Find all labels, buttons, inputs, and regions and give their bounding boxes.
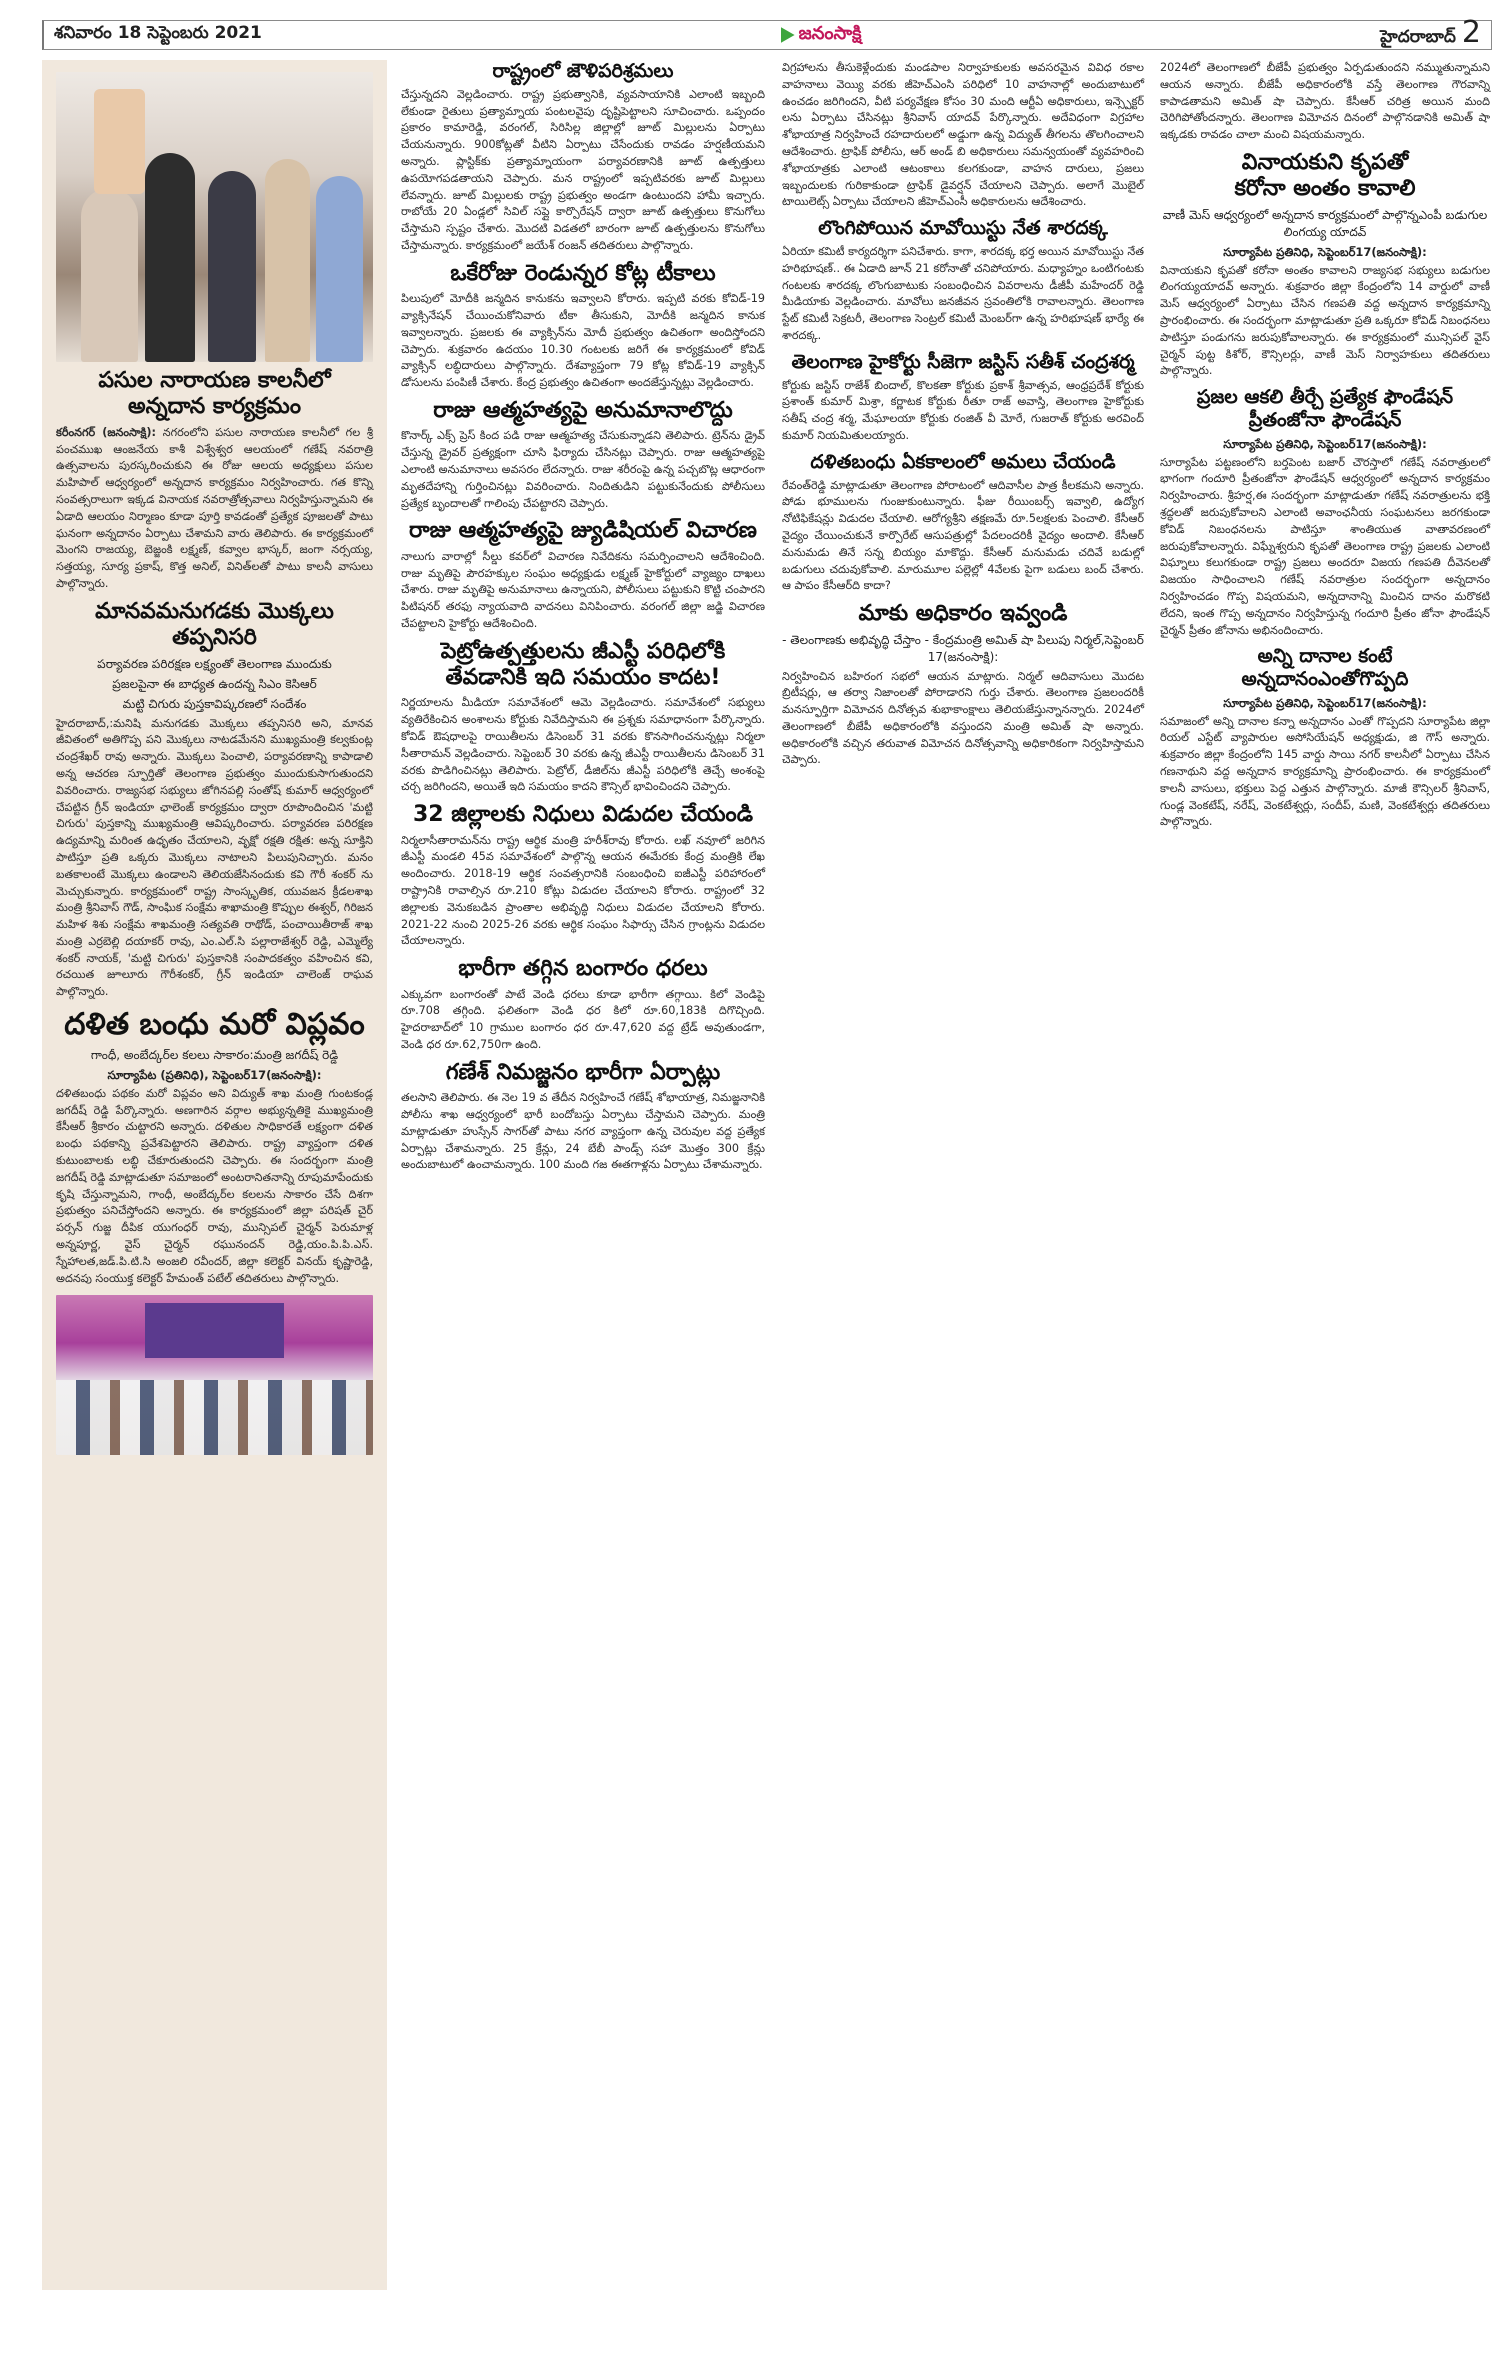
leaf-logo-icon	[781, 27, 795, 43]
ganesh-idol	[94, 89, 145, 193]
photo-figure	[265, 159, 309, 362]
newspaper-logo: జనంసాక్షి	[781, 23, 862, 48]
page-number: 2	[1462, 20, 1481, 46]
headline: లొంగిపోయిన మావోయిస్టు నేత శారదక్క	[782, 217, 1144, 240]
headline: భారీగా తగ్గిన బంగారం ధరలు	[401, 956, 765, 982]
subhead: - తెలంగాణకు అభివృద్ధి చేస్తాం - కేంద్రమం…	[782, 632, 1144, 666]
headline-line-1: ప్రజల ఆకలి తీర్చే ప్రత్యేక ఫౌండేషన్	[1160, 386, 1490, 409]
headline: దళిత బంధు మరో విప్లవం	[56, 1007, 373, 1043]
ganesh-event-photo	[56, 72, 373, 362]
dateline: సూర్యాపేట (ప్రతినిధి), సెప్టెంబర్17(జనంస…	[56, 1067, 373, 1084]
headline-line-2: ప్రీతంజోనా ఫౌండేషన్	[1160, 409, 1490, 432]
edition-city: హైదరాబాద్	[1380, 27, 1456, 51]
byline: హైదరాబాద్,:	[56, 717, 113, 730]
issue-date: శనివారం 18 సెప్టెంబరు 2021	[54, 23, 262, 47]
column-4: 2024లో తెలంగాణలో బీజేపీ ప్రభుత్వం ఏర్పడు…	[1156, 60, 1494, 833]
column-2: రాష్ట్రంలో జౌళిపరిశ్రమలు చేస్తున్నదని వె…	[397, 60, 769, 1176]
article-maoist-sharadakka: లొంగిపోయిన మావోయిస్టు నేత శారదక్క ఏరియా …	[782, 217, 1144, 345]
headline: రాజు ఆత్మహత్యపై అనుమానాలొద్దు	[401, 398, 765, 424]
subhead: పర్యావరణ పరిరక్షణ లక్ష్యంతో తెలంగాణ ముంద…	[56, 656, 373, 673]
column-3: విగ్రహాలను తీసుకెళ్లేందుకు మండపాల నిర్వా…	[778, 60, 1148, 771]
article-body: నాలుగు వారాల్లో సీల్డు కవర్‌లో విచారణ ని…	[401, 549, 765, 633]
dalit-bandhu-meeting-photo	[56, 1295, 373, 1455]
headline: 32 జిల్లాలకు నిధులు విడుదల చేయండి	[401, 802, 765, 828]
headline: గణేశ్ నిమజ్జనం భారీగా ఏర్పాట్లు	[401, 1060, 765, 1086]
article-hc-chief-justice: తెలంగాణ హైకోర్టు సీజెగా జస్టిస్ సతీశ్ చం…	[782, 351, 1144, 445]
headline: మానవమనుగడకు మొక్కలు తప్పనిసరి	[56, 599, 373, 652]
dateline: సూర్యాపేట ప్రతినిధి, సెప్టెంబర్17(జనంసాక…	[1160, 436, 1490, 453]
dateline: సూర్యాపేట ప్రతినిధి, సెప్టెంబర్17(జనంసాక…	[1160, 244, 1490, 261]
headline-line-1: అన్ని దానాల కంటే	[1160, 645, 1490, 668]
article-body: విగ్రహాలను తీసుకెళ్లేందుకు మండపాల నిర్వా…	[782, 60, 1144, 211]
headline: మాకు అధికారం ఇవ్వండి	[782, 601, 1144, 627]
article-petrol-gst: పెట్రోఉత్పత్తులను జీఎస్టీ పరిధిలోకి తేవడ…	[401, 639, 765, 797]
headline: తెలంగాణ హైకోర్టు సీజెగా జస్టిస్ సతీశ్ చం…	[782, 351, 1144, 374]
subhead: వాణీ మెస్ ఆధ్వర్యంలో అన్నదాన కార్యక్రమంల…	[1160, 207, 1490, 241]
headline-line-1: వినాయకుని కృపతో	[1160, 150, 1490, 176]
column-1: పసుల నారాయణ కాలనీలో అన్నదాన కార్యక్రమం క…	[42, 60, 387, 2290]
headline: ఒకేరోజు రెండున్నర కోట్ల టీకాలు	[401, 261, 765, 287]
article-dalit-bandhu: దళిత బంధు మరో విప్లవం గాంధీ, అంబేద్కర్‌ల…	[56, 1007, 373, 1287]
article-amit-shah-cont: 2024లో తెలంగాణలో బీజేపీ ప్రభుత్వం ఏర్పడు…	[1160, 60, 1490, 144]
article-body: సమాజంలో అన్ని దానాల కన్నా అన్నదానం ఎంతో …	[1160, 714, 1490, 832]
subhead: గాంధీ, అంబేద్కర్‌ల కలలు సాకారం:మంత్రి జగ…	[56, 1047, 373, 1064]
article-ganesh-immersion: గణేశ్ నిమజ్జనం భారీగా ఏర్పాట్లు తలసాని త…	[401, 1060, 765, 1174]
edition-label: హైదరాబాద్ 2	[1380, 20, 1481, 51]
article-raju-judicial-inquiry: రాజు ఆత్మహత్యపై జ్యుడిషియల్ విచారణ నాలుగ…	[401, 518, 765, 632]
photo-banner	[145, 1303, 284, 1358]
article-annadanam-greatest: అన్ని దానాల కంటే అన్నదానంఎంతోగొప్పది సూర…	[1160, 645, 1490, 831]
article-body: చేస్తున్నదని వెల్లడించారు. రాష్ట్ర ప్రభు…	[401, 87, 765, 255]
photo-figure	[145, 153, 196, 362]
subhead: ప్రజలపైనా ఈ బాధ్యత ఉందన్న సిఎం కెసిఆర్	[56, 676, 373, 693]
article-body: కరీంనగర్ (జనంసాక్షి): నగరంలోని పసుల నారా…	[56, 425, 373, 593]
article-body: దళితబంధు పథకం మరో విప్లవం అని విద్యుత్ శ…	[56, 1086, 373, 1288]
article-body: తలసాని తెలిపారు. ఈ నెల 19 వ తేదీన నిర్వహ…	[401, 1090, 765, 1174]
article-body: హైదరాబాద్,:మనిషి మనుగడకు మొక్కలు తప్పనిస…	[56, 716, 373, 1002]
article-plants-essential: మానవమనుగడకు మొక్కలు తప్పనిసరి పర్యావరణ ప…	[56, 599, 373, 1001]
headline: దళితబంధు ఏకకాలంలో అమలు చేయండి	[782, 451, 1144, 474]
article-body: వినాయకుని కృపతో కరోనా అంతం కావాలని రాజ్య…	[1160, 263, 1490, 381]
photo-figure	[208, 171, 256, 362]
subhead: మట్టి చిగురు పుస్తకావిష్కరణలో సందేశం	[56, 696, 373, 713]
byline: కరీంనగర్ (జనంసాక్షి):	[56, 426, 156, 439]
photo-figure	[81, 188, 138, 362]
article-body: కొనార్క్ ఎక్స్ ప్రెస్ కింద పడి రాజు ఆత్మ…	[401, 428, 765, 512]
photo-figure	[316, 176, 364, 362]
article-textile-industries: రాష్ట్రంలో జౌళిపరిశ్రమలు చేస్తున్నదని వె…	[401, 60, 765, 255]
article-vaccines-one-day: ఒకేరోజు రెండున్నర కోట్ల టీకాలు పిలుపులో …	[401, 261, 765, 392]
headline-line-2: కరోనా అంతం కావాలి	[1160, 176, 1490, 202]
body-text: నగరంలోని పసుల నారాయణ కాలనీలో గల శ్రీ పంచ…	[56, 426, 373, 590]
article-body: 2024లో తెలంగాణలో బీజేపీ ప్రభుత్వం ఏర్పడు…	[1160, 60, 1490, 144]
body-text: మనిషి మనుగడకు మొక్కలు తప్పనిసరి అని, మాన…	[56, 717, 373, 999]
article-ganesh-arrangements-cont: విగ్రహాలను తీసుకెళ్లేందుకు మండపాల నిర్వా…	[782, 60, 1144, 211]
article-preetham-jona-foundation: ప్రజల ఆకలి తీర్చే ప్రత్యేక ఫౌండేషన్ ప్రీ…	[1160, 386, 1490, 639]
headline: రాష్ట్రంలో జౌళిపరిశ్రమలు	[401, 60, 765, 83]
dateline: సూర్యాపేట ప్రతినిధి, సెప్టెంబర్17(జనంసాక…	[1160, 695, 1490, 712]
headline: పసుల నారాయణ కాలనీలో అన్నదాన కార్యక్రమం	[56, 368, 373, 421]
article-32-districts-funds: 32 జిల్లాలకు నిధులు విడుదల చేయండి నిర్మల…	[401, 802, 765, 950]
page-masthead: శనివారం 18 సెప్టెంబరు 2021 జనంసాక్షి హైద…	[42, 20, 1492, 50]
headline-line-2: అన్నదానంఎంతోగొప్పది	[1160, 668, 1490, 691]
article-gold-prices: భారీగా తగ్గిన బంగారం ధరలు ఎక్కువగా బంగార…	[401, 956, 765, 1054]
article-corona-end: వినాయకుని కృపతో కరోనా అంతం కావాలి వాణీ మ…	[1160, 150, 1490, 380]
article-give-us-power: మాకు అధికారం ఇవ్వండి - తెలంగాణకు అభివృద్…	[782, 601, 1144, 769]
article-body: నిర్వహించిన బహిరంగ సభలో ఆయన మాట్లారు. ని…	[782, 669, 1144, 770]
headline: రాజు ఆత్మహత్యపై జ్యుడిషియల్ విచారణ	[401, 518, 765, 544]
headline: పెట్రోఉత్పత్తులను జీఎస్టీ పరిధిలోకి తేవడ…	[401, 639, 765, 692]
photo-crowd	[56, 1380, 373, 1455]
article-body: నిర్ణయాలను మీడియా సమావేశంలో ఆమె వెల్లడిం…	[401, 695, 765, 796]
article-body: పిలుపులో మోదీకి జన్మదిన కానుకను ఇవ్వాలని…	[401, 291, 765, 392]
newspaper-name: జనంసాక్షి	[799, 23, 862, 48]
article-body: నిర్మలాసీతారామన్‌ను రాష్ట్ర ఆర్థిక మంత్ర…	[401, 833, 765, 951]
article-annadanam-pasula: పసుల నారాయణ కాలనీలో అన్నదాన కార్యక్రమం క…	[56, 368, 373, 593]
article-body: సూర్యాపేట పట్టణంలోని బర్తపెంట బజార్ చౌరస…	[1160, 455, 1490, 640]
article-body: ఏరియా కమిటీ కార్యదర్శిగా పనిచేశారు. కాగా…	[782, 244, 1144, 345]
article-body: ఎక్కువగా బంగారంతో పాటే వెండి ధరలు కూడా భ…	[401, 987, 765, 1054]
article-raju-suicide-no-doubts: రాజు ఆత్మహత్యపై అనుమానాలొద్దు కొనార్క్ ఎ…	[401, 398, 765, 512]
article-body: కోర్టుకు జస్టిస్ రాజేశ్ బిందాల్, కొలకతా …	[782, 378, 1144, 445]
article-dalit-bandhu-implement: దళితబంధు ఏకకాలంలో అమలు చేయండి రేవంత్‌రెడ…	[782, 451, 1144, 595]
article-body: రేవంత్‌రెడ్డి మాట్లాడుతూ తెలంగాణ పోరాటంల…	[782, 478, 1144, 596]
